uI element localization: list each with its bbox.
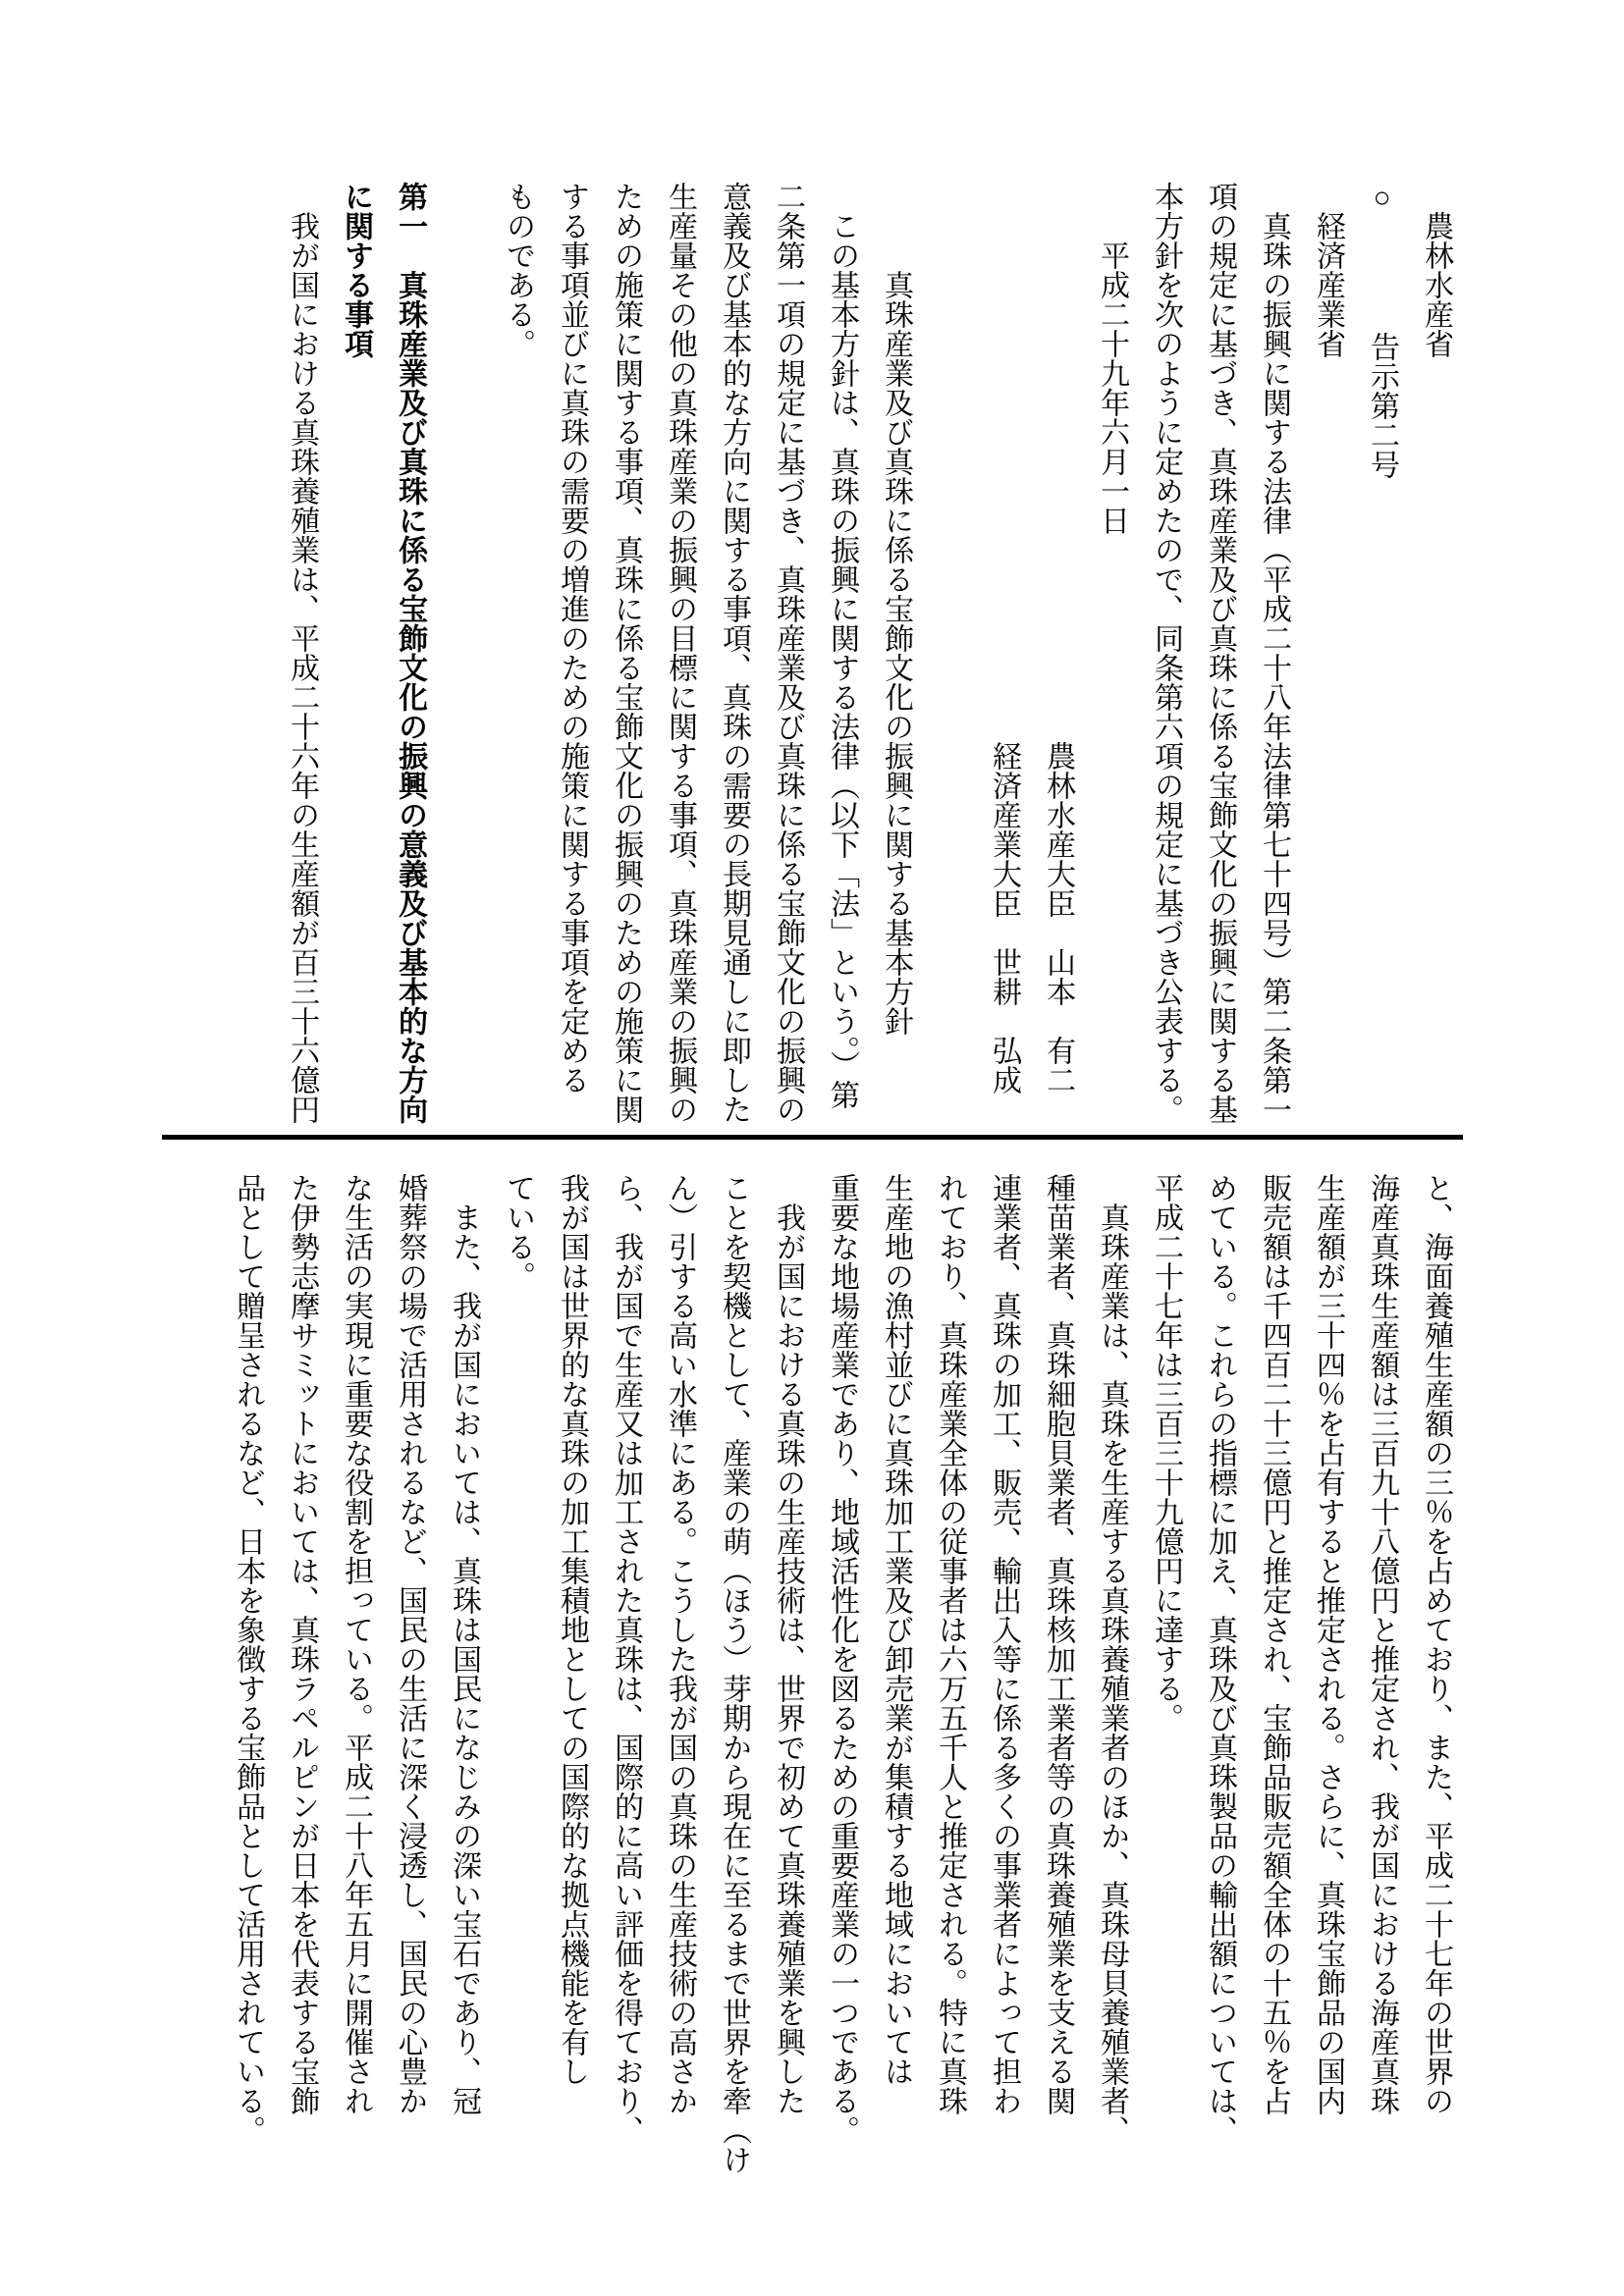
body-line: た伊勢志摩サミットにおいては、真珠ラペルピンが日本を代表する宝飾 [275, 1173, 329, 2184]
body-line: 連業者、真珠の加工、販売、輸出入等に係る多くの事業者によって担わ [977, 1173, 1031, 2184]
body-line: 種苗業者、真珠細胞貝業者、真珠核加工業者等の真珠養殖業を支える関 [1031, 1173, 1085, 2184]
section-divider-rule [162, 1135, 1463, 1140]
body-line: 海産真珠生産額は三百九十八億円と推定され、我が国における海産真珠 [1355, 1173, 1409, 2184]
ministry-economy-label: 経済産業省 [1301, 182, 1355, 1163]
body-line: ものである。 [491, 182, 545, 1163]
body-line: する事項並びに真珠の需要の増進のための施策に関する事項を定める [545, 182, 599, 1163]
policy-body-section: と、海面養殖生産額の三％を占めており、また、平成二十七年の世界の海産真珠生産額は… [221, 1173, 1463, 2184]
body-line: 我が国は世界的な真珠の加工集積地としての国際的な拠点機能を有し [545, 1173, 599, 2184]
promulgation-date: 平成二十九年六月一日 [1085, 182, 1139, 1163]
preamble-line: 本方針を次のように定めたので、同条第六項の規定に基づき公表する。 [1139, 182, 1193, 1163]
body-line: 販売額は千四百二十三億円と推定され、宝飾品販売額全体の十五％を占 [1247, 1173, 1301, 2184]
document-page: 農林水産省○ 告示第二号経済産業省真珠の振興に関する法律（平成二十八年法律第七十… [0, 0, 1624, 2296]
spacer-column [437, 182, 491, 1163]
basic-policy-title: 真珠産業及び真珠に係る宝飾文化の振興に関する基本方針 [869, 182, 923, 1163]
body-line: 真珠産業は、真珠を生産する真珠養殖業者のほか、真珠母貝養殖業者、 [1085, 1173, 1139, 2184]
body-line: な生活の実現に重要な役割を担っている。平成二十八年五月に開催され [329, 1173, 383, 2184]
section-one-heading: 第一 真珠産業及び真珠に係る宝飾文化の振興の意義及び基本的な方向 [383, 182, 437, 1163]
spacer-column [923, 182, 977, 1163]
body-line: 我が国における真珠養殖業は、平成二十六年の生産額が百三十六億円 [275, 182, 329, 1163]
body-line: ている。 [491, 1173, 545, 2184]
body-line: と、海面養殖生産額の三％を占めており、また、平成二十七年の世界の [1409, 1173, 1463, 2184]
notice-number-line: ○ 告示第二号 [1355, 182, 1409, 1163]
preamble-line: 項の規定に基づき、真珠産業及び真珠に係る宝飾文化の振興に関する基 [1193, 182, 1247, 1163]
preamble-line: 真珠の振興に関する法律（平成二十八年法律第七十四号）第二条第一 [1247, 182, 1301, 1163]
body-line: ん）引する高い水準にある。こうした我が国の真珠の生産技術の高さか [653, 1173, 707, 2184]
body-line: 生産量その他の真珠産業の振興の目標に関する事項、真珠産業の振興の [653, 182, 707, 1163]
body-line: れており、真珠産業全体の従事者は六万五千人と推定される。特に真珠 [923, 1173, 977, 2184]
ministry-agriculture-label: 農林水産省 [1409, 182, 1463, 1163]
body-line: 意義及び基本的な方向に関する事項、真珠の需要の長期見通しに即した [707, 182, 761, 1163]
body-line: この基本方針は、真珠の振興に関する法律（以下「法」という。）第 [815, 182, 869, 1163]
body-line: 我が国における真珠の生産技術は、世界で初めて真珠養殖業を興した [761, 1173, 815, 2184]
minister-agriculture-signature: 農林水産大臣 山本 有二 [1031, 182, 1085, 1163]
body-line: ら、我が国で生産又は加工された真珠は、国際的に高い評価を得ており、 [599, 1173, 653, 2184]
body-line: 平成二十七年は三百三十九億円に達する。 [1139, 1173, 1193, 2184]
body-line: ための施策に関する事項、真珠に係る宝飾文化の振興のための施策に関 [599, 182, 653, 1163]
body-line: 品として贈呈されるなど、日本を象徴する宝飾品として活用されている。 [221, 1173, 275, 2184]
body-line: 生産地の漁村並びに真珠加工業及び卸売業が集積する地域においては [869, 1173, 923, 2184]
body-line: 二条第一項の規定に基づき、真珠産業及び真珠に係る宝飾文化の振興の [761, 182, 815, 1163]
body-line: また、我が国においては、真珠は国民になじみの深い宝石であり、冠 [437, 1173, 491, 2184]
notice-header-and-policy-intro-section: 農林水産省○ 告示第二号経済産業省真珠の振興に関する法律（平成二十八年法律第七十… [275, 182, 1463, 1163]
body-line: めている。これらの指標に加え、真珠及び真珠製品の輸出額については、 [1193, 1173, 1247, 2184]
body-line: 生産額が三十四％を占有すると推定される。さらに、真珠宝飾品の国内 [1301, 1173, 1355, 2184]
body-line: 重要な地場産業であり、地域活性化を図るための重要産業の一つである。 [815, 1173, 869, 2184]
body-line: ことを契機として、産業の萌（ほう）芽期から現在に至るまで世界を牽（け [707, 1173, 761, 2184]
body-line: 婚葬祭の場で活用されるなど、国民の生活に深く浸透し、国民の心豊か [383, 1173, 437, 2184]
minister-economy-signature: 経済産業大臣 世耕 弘成 [977, 182, 1031, 1163]
section-one-heading: に関する事項 [329, 182, 383, 1163]
